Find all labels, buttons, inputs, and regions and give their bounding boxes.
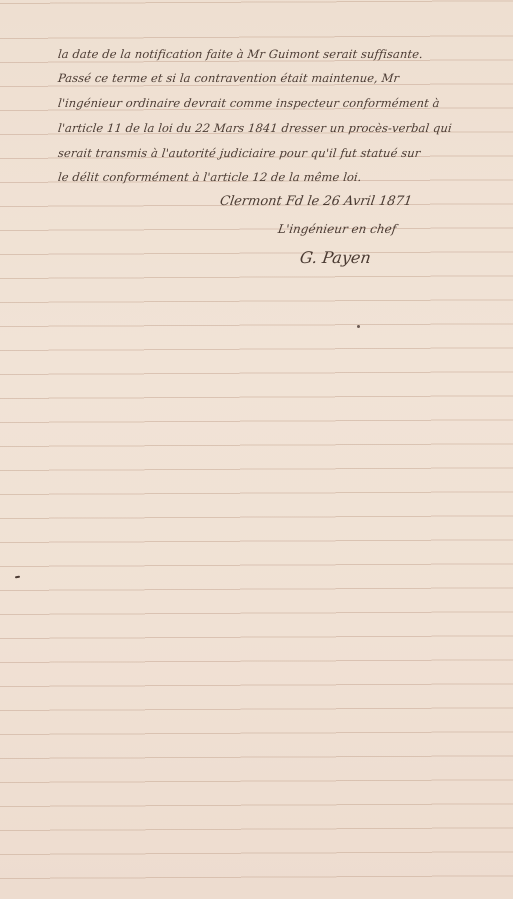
place-date: Clermont Fd le 26 Avril 1871	[219, 194, 413, 209]
ink-mark	[15, 576, 20, 579]
body-line-3: l'ingénieur ordinaire devrait comme insp…	[57, 96, 440, 110]
body-line-1: la date de la notification faite à Mr Gu…	[57, 47, 423, 61]
body-line-6: le délit conformément à l'article 12 de …	[57, 170, 362, 184]
document-page: la date de la notification faite à Mr Gu…	[0, 0, 513, 899]
signatory-title: L'ingénieur en chef	[277, 222, 397, 236]
body-line-4: l'article 11 de la loi du 22 Mars 1841 d…	[57, 121, 452, 135]
ink-speck	[357, 325, 360, 328]
signature: G. Payen	[299, 248, 372, 267]
body-line-2: Passé ce terme et si la contravention ét…	[57, 71, 400, 85]
body-line-5: serait transmis à l'autorité judiciaire …	[57, 146, 421, 160]
